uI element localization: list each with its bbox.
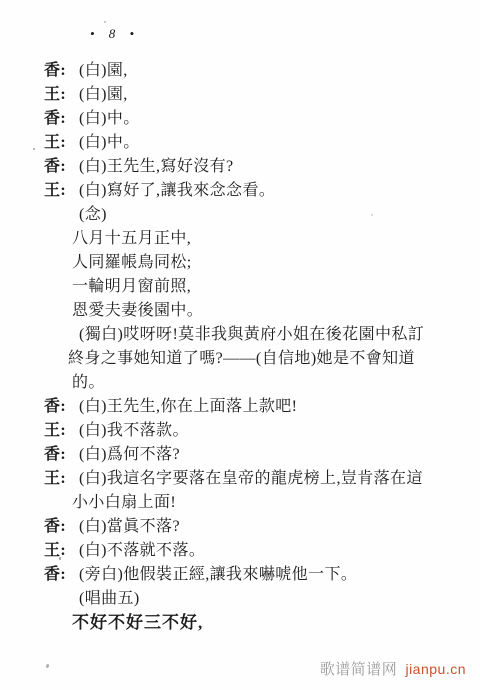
line-text: (獨白)哎呀呀!莫非我與黃府小姐在後花園中私訂	[79, 323, 424, 347]
line-text: (白)園,	[79, 83, 128, 107]
speaker-label: 王:	[44, 83, 66, 107]
script-line: 王: (白)中。	[0, 131, 480, 155]
line-text: (白)園,	[79, 59, 128, 83]
script-line: 香: (白)園,	[0, 59, 480, 83]
ink-speck	[59, 557, 61, 560]
ink-speck	[104, 21, 106, 23]
speaker-label: 王:	[44, 467, 66, 491]
line-text: (念)	[79, 203, 107, 227]
line-text: (白)我這名字要落在皇帝的龍虎榜上,豈肯落在這	[79, 467, 423, 491]
line-text: 人同羅帳鳥同松;	[72, 251, 192, 275]
poem-line: 八月十五月正中,	[0, 227, 480, 251]
ink-speck	[33, 148, 35, 150]
script-line: 王: (白)寫好了,讓我來念念看。	[0, 179, 480, 203]
line-text: (白)當眞不落?	[79, 515, 180, 539]
line-text: 一輪明月窗前照,	[72, 275, 191, 299]
line-text: (白)中。	[79, 107, 140, 131]
song-lyric-line: 不好不好三不好,	[0, 611, 480, 635]
speaker-label: 香:	[44, 59, 66, 83]
line-text: (白)王先生,寫好沒有?	[79, 155, 234, 179]
speaker-label: 香:	[44, 443, 66, 467]
script-line: 香: (白)王先生,寫好沒有?	[0, 155, 480, 179]
speaker-label: 王:	[44, 539, 66, 563]
page-number: • 8 •	[90, 26, 135, 42]
line-text: (白)爲何不落?	[79, 443, 180, 467]
speaker-label: 香:	[44, 515, 66, 539]
speaker-label: 王:	[44, 179, 66, 203]
speaker-label: 香:	[44, 155, 66, 179]
line-text: (白)我不落款。	[79, 419, 189, 443]
script-line: 香: (白)爲何不落?	[0, 443, 480, 467]
watermark-site-name: 歌谱简谱网	[320, 662, 398, 678]
script-line: 香: (白)當眞不落?	[0, 515, 480, 539]
script-line monologue: (獨白)哎呀呀!莫非我與黃府小姐在後花園中私訂	[0, 323, 480, 347]
poem-line: 人同羅帳鳥同松;	[0, 251, 480, 275]
script-line: 香: (白)中。	[0, 107, 480, 131]
line-text: (白)寫好了,讓我來念念看。	[79, 179, 275, 203]
line-text: 終身之事她知道了嗎?——(自信地)她是不會知道	[68, 347, 415, 371]
line-text: (白)王先生,你在上面落上款吧!	[79, 395, 297, 419]
script-line continuation: 終身之事她知道了嗎?——(自信地)她是不會知道	[0, 347, 480, 371]
script-line: 王: (白)不落就不落。	[0, 539, 480, 563]
script-line stage-direction: (念)	[0, 203, 480, 227]
line-text: (白)中。	[79, 131, 140, 155]
script-line continuation: 的。	[0, 371, 480, 395]
ink-speck	[45, 664, 49, 669]
line-text: 小小白扇上面!	[72, 491, 176, 515]
line-text: 恩愛夫妻後園中。	[72, 299, 203, 323]
speaker-label: 香:	[44, 395, 66, 419]
script-line: 王: (白)園,	[0, 83, 480, 107]
script-line continuation: 小小白扇上面!	[0, 491, 480, 515]
poem-line: 恩愛夫妻後園中。	[0, 299, 480, 323]
watermark: 歌谱简谱网 jianpu.cn	[320, 658, 466, 679]
script-line: 王: (白)我不落款。	[0, 419, 480, 443]
line-text: (旁白)他假裝正經,讓我來嚇唬他一下。	[79, 563, 357, 587]
speaker-label: 王:	[44, 131, 66, 155]
line-text: 的。	[72, 371, 105, 395]
line-text: 八月十五月正中,	[72, 227, 191, 251]
script-body: 香: (白)園, 王: (白)園, 香: (白)中。 王: (白)中。 香: (…	[0, 59, 480, 635]
line-text: 不好不好三不好,	[72, 611, 203, 635]
watermark-site-url: jianpu.cn	[405, 661, 466, 677]
script-line stage-direction: (唱曲五)	[0, 587, 480, 611]
line-text: (唱曲五)	[79, 587, 140, 611]
ink-speck	[371, 214, 373, 216]
script-line: 香: (旁白)他假裝正經,讓我來嚇唬他一下。	[0, 563, 480, 587]
line-text: (白)不落就不落。	[79, 539, 205, 563]
script-line: 香: (白)王先生,你在上面落上款吧!	[0, 395, 480, 419]
script-line: 王: (白)我這名字要落在皇帝的龍虎榜上,豈肯落在這	[0, 467, 480, 491]
speaker-label: 香:	[44, 563, 66, 587]
speaker-label: 王:	[44, 419, 66, 443]
poem-line: 一輪明月窗前照,	[0, 275, 480, 299]
scanned-script-page: • 8 • 香: (白)園, 王: (白)園, 香: (白)中。 王: (白)中…	[0, 0, 480, 690]
speaker-label: 香:	[44, 107, 66, 131]
